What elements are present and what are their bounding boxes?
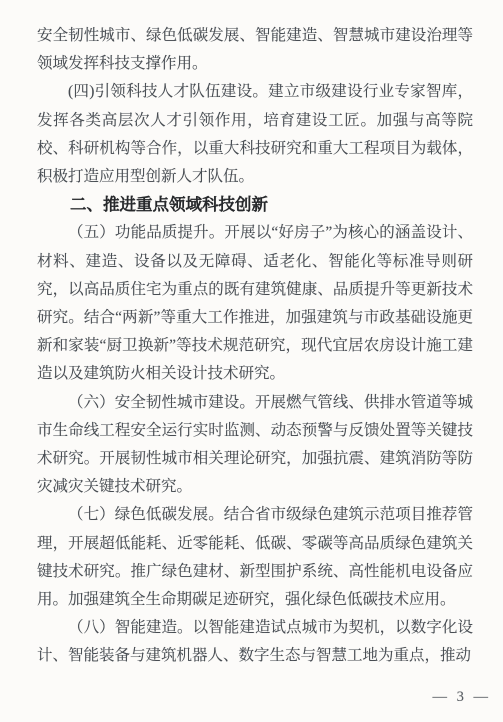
paragraph-continued-from-previous-page: 安全韧性城市、绿色低碳发展、智能建造、智慧城市建设治理等领域发挥科技支撑作用。 [37, 22, 473, 78]
page-number: — 3 — [433, 689, 492, 706]
document-page: 安全韧性城市、绿色低碳发展、智能建造、智慧城市建设治理等领域发挥科技支撑作用。 … [0, 0, 503, 722]
paragraph-item-7-green-low-carbon: （七）绿色低碳发展。结合省市级绿色建筑示范项目推荐管理，开展超低能耗、近零能耗、… [37, 501, 473, 614]
section-heading-key-areas-innovation: 二、推进重点领域科技创新 [37, 191, 473, 219]
paragraph-item-8-intelligent-construction: （八）智能建造。以智能建造试点城市为契机，以数字化设计、智能装备与建筑机器人、数… [37, 614, 473, 670]
paragraph-item-5-quality-improvement: （五）功能品质提升。开展以“好房子”为核心的涵盖设计、材料、建造、设备以及无障碍… [37, 219, 473, 388]
document-body: 安全韧性城市、绿色低碳发展、智能建造、智慧城市建设治理等领域发挥科技支撑作用。 … [37, 22, 473, 671]
paragraph-item-4-talent-team: (四)引领科技人才队伍建设。建立市级建设行业专家智库，发挥各类高层次人才引领作用… [37, 78, 473, 191]
paragraph-item-6-resilient-city: （六）安全韧性城市建设。开展燃气管线、供排水管道等城市生命线工程安全运行实时监测… [37, 389, 473, 502]
